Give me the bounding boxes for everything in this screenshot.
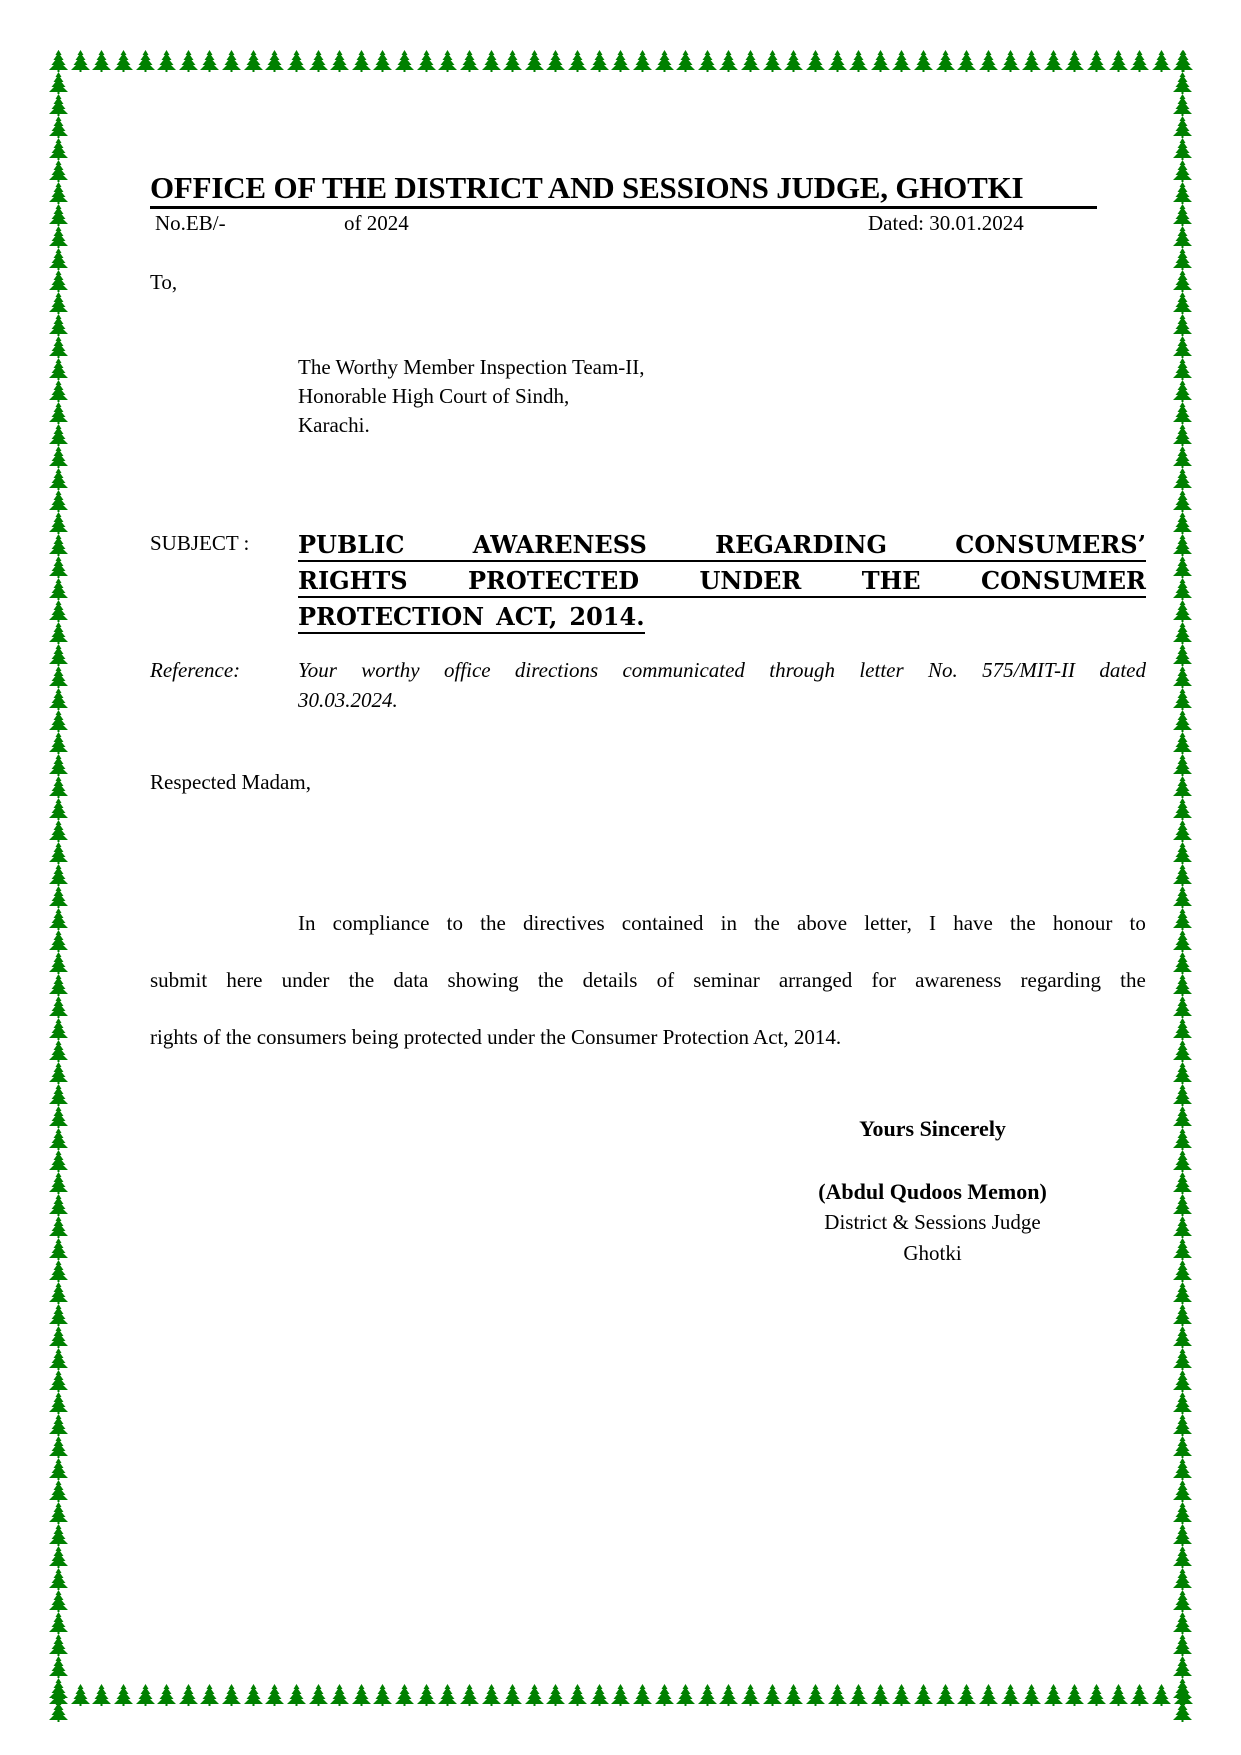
border-right: [1172, 50, 1194, 1706]
pine-tree-icon: [1172, 94, 1194, 116]
pine-tree-icon: [1172, 226, 1194, 248]
pine-tree-icon: [1172, 1084, 1194, 1106]
pine-tree-icon: [1108, 1684, 1129, 1706]
pine-tree-icon: [1129, 50, 1150, 72]
pine-tree-icon: [48, 710, 70, 732]
pine-tree-icon: [1172, 1612, 1194, 1634]
pine-tree-icon: [48, 1678, 70, 1700]
pine-tree-icon: [48, 1568, 70, 1590]
pine-tree-icon: [91, 1684, 112, 1706]
subject-line: PUBLICAWARENESSREGARDINGCONSUMERS’: [298, 526, 1146, 562]
pine-tree-icon: [48, 446, 70, 468]
word: above: [797, 895, 847, 952]
pine-tree-icon: [199, 50, 220, 72]
pine-tree-icon: [48, 1282, 70, 1304]
pine-tree-icon: [1172, 1194, 1194, 1216]
pine-tree-icon: [1172, 270, 1194, 292]
pine-tree-icon: [286, 1684, 307, 1706]
word: submit: [150, 952, 207, 1009]
pine-tree-icon: [70, 50, 91, 72]
pine-tree-icon: [1172, 1700, 1194, 1722]
pine-tree-icon: [48, 402, 70, 424]
pine-tree-icon: [178, 50, 199, 72]
pine-tree-icon: [1172, 1238, 1194, 1260]
pine-tree-icon: [48, 270, 70, 292]
word: contained: [622, 895, 704, 952]
pine-tree-icon: [1064, 50, 1085, 72]
pine-tree-icon: [524, 50, 545, 72]
pine-tree-icon: [48, 732, 70, 754]
pine-tree-icon: [1172, 160, 1194, 182]
pine-tree-icon: [48, 754, 70, 776]
word: worthy: [361, 655, 419, 685]
salutation-to: To,: [150, 268, 177, 297]
word: showing: [448, 952, 519, 1009]
letter-date: Dated: 30.01.2024: [868, 210, 1024, 236]
pine-tree-icon: [1172, 380, 1194, 402]
pine-tree-icon: [48, 512, 70, 534]
pine-tree-icon: [545, 1684, 566, 1706]
pine-tree-icon: [135, 50, 156, 72]
pine-tree-icon: [1172, 1656, 1194, 1678]
addressee-line-1: The Worthy Member Inspection Team-II,: [298, 353, 645, 382]
pine-tree-icon: [1172, 1018, 1194, 1040]
pine-tree-icon: [545, 50, 566, 72]
pine-tree-icon: [870, 1684, 891, 1706]
pine-tree-icon: [48, 1370, 70, 1392]
pine-tree-icon: [718, 50, 739, 72]
pine-tree-icon: [1172, 732, 1194, 754]
pine-tree-icon: [1172, 50, 1194, 72]
word: in: [721, 895, 737, 952]
pine-tree-icon: [48, 50, 70, 72]
pine-tree-icon: [48, 226, 70, 248]
pine-tree-icon: [1172, 1678, 1194, 1700]
signatory-designation: District & Sessions Judge: [780, 1207, 1085, 1237]
pine-tree-icon: [1172, 468, 1194, 490]
subject-label: SUBJECT :: [150, 530, 249, 556]
pine-tree-icon: [1172, 798, 1194, 820]
pine-tree-icon: [675, 1684, 696, 1706]
word: REGARDING: [715, 530, 887, 560]
pine-tree-icon: [1172, 1106, 1194, 1128]
pine-tree-icon: [978, 1684, 999, 1706]
pine-tree-icon: [1172, 138, 1194, 160]
word: dated: [1099, 655, 1146, 685]
pine-tree-icon: [1172, 644, 1194, 666]
pine-tree-icon: [48, 314, 70, 336]
pine-tree-icon: [1086, 1684, 1107, 1706]
pine-tree-icon: [1172, 1634, 1194, 1656]
pine-tree-icon: [1129, 1684, 1150, 1706]
border-top: [48, 50, 1194, 72]
pine-tree-icon: [48, 1502, 70, 1524]
word: under: [282, 952, 330, 1009]
word: In: [298, 895, 316, 952]
pine-tree-icon: [891, 1684, 912, 1706]
pine-tree-icon: [48, 600, 70, 622]
pine-tree-icon: [437, 50, 458, 72]
pine-tree-icon: [1172, 1128, 1194, 1150]
pine-tree-icon: [1172, 1062, 1194, 1084]
pine-tree-icon: [1172, 1436, 1194, 1458]
word: rights of the consumers being protected …: [150, 1025, 841, 1049]
pine-tree-icon: [1172, 336, 1194, 358]
word: the: [1010, 895, 1036, 952]
pine-tree-icon: [1021, 1684, 1042, 1706]
pine-tree-icon: [48, 1546, 70, 1568]
pine-tree-icon: [416, 1684, 437, 1706]
word: the: [754, 895, 780, 952]
word: RIGHTS: [298, 566, 408, 596]
pine-tree-icon: [589, 50, 610, 72]
pine-tree-icon: [1172, 1480, 1194, 1502]
pine-tree-icon: [1172, 952, 1194, 974]
pine-tree-icon: [48, 798, 70, 820]
pine-tree-icon: [978, 50, 999, 72]
pine-tree-icon: [1172, 908, 1194, 930]
pine-tree-icon: [1172, 402, 1194, 424]
pine-tree-icon: [48, 1326, 70, 1348]
word: of: [657, 952, 675, 1009]
pine-tree-icon: [1172, 842, 1194, 864]
pine-tree-icon: [372, 50, 393, 72]
pine-tree-icon: [1000, 1684, 1021, 1706]
pine-tree-icon: [481, 50, 502, 72]
pine-tree-icon: [762, 50, 783, 72]
pine-tree-icon: [48, 1590, 70, 1612]
pine-tree-icon: [372, 1684, 393, 1706]
pine-tree-icon: [48, 688, 70, 710]
pine-tree-icon: [1172, 1590, 1194, 1612]
pine-tree-icon: [935, 50, 956, 72]
pine-tree-icon: [48, 1106, 70, 1128]
pine-tree-icon: [632, 1684, 653, 1706]
pine-tree-icon: [740, 1684, 761, 1706]
pine-tree-icon: [48, 1084, 70, 1106]
pine-tree-icon: [1172, 248, 1194, 270]
subject-line: PROTECTIONACT,2014.: [298, 598, 645, 634]
body-line: Incompliancetothedirectivescontainedinth…: [150, 895, 1146, 952]
word: CONSUMER: [981, 566, 1146, 596]
body-line: rights of the consumers being protected …: [150, 1009, 1146, 1066]
pine-tree-icon: [956, 50, 977, 72]
pine-tree-icon: [48, 1194, 70, 1216]
pine-tree-icon: [48, 622, 70, 644]
pine-tree-icon: [1172, 292, 1194, 314]
pine-tree-icon: [783, 1684, 804, 1706]
word: honour: [1053, 895, 1113, 952]
pine-tree-icon: [1172, 776, 1194, 798]
greeting: Respected Madam,: [150, 768, 311, 797]
pine-tree-icon: [48, 490, 70, 512]
subject-text: PUBLICAWARENESSREGARDINGCONSUMERS’ RIGHT…: [298, 526, 1146, 634]
pine-tree-icon: [1172, 666, 1194, 688]
pine-tree-icon: [1172, 1304, 1194, 1326]
word: CONSUMERS’: [955, 530, 1146, 560]
pine-tree-icon: [48, 1656, 70, 1678]
pine-tree-icon: [48, 1238, 70, 1260]
pine-tree-icon: [524, 1684, 545, 1706]
pine-tree-icon: [1172, 556, 1194, 578]
pine-tree-icon: [48, 776, 70, 798]
word: to: [447, 895, 463, 952]
pine-tree-icon: [351, 50, 372, 72]
pine-tree-icon: [1172, 182, 1194, 204]
pine-tree-icon: [1172, 1458, 1194, 1480]
pine-tree-icon: [48, 1414, 70, 1436]
word: the: [1120, 952, 1146, 1009]
pine-tree-icon: [1021, 50, 1042, 72]
pine-tree-icon: [329, 1684, 350, 1706]
pine-tree-icon: [48, 1348, 70, 1370]
pine-tree-icon: [1172, 930, 1194, 952]
pine-tree-icon: [1172, 72, 1194, 94]
pine-tree-icon: [1064, 1684, 1085, 1706]
word: the: [349, 952, 375, 1009]
pine-tree-icon: [48, 996, 70, 1018]
pine-tree-icon: [48, 204, 70, 226]
pine-tree-icon: [48, 1260, 70, 1282]
pine-tree-icon: [502, 50, 523, 72]
pine-tree-icon: [48, 1304, 70, 1326]
signatory-name: (Abdul Qudoos Memon): [780, 1177, 1085, 1207]
word: through: [769, 655, 835, 685]
word: letter: [859, 655, 903, 685]
body-paragraph: Incompliancetothedirectivescontainedinth…: [150, 895, 1146, 1066]
pine-tree-icon: [48, 1634, 70, 1656]
letter-number: No.EB/-: [155, 210, 226, 236]
pine-tree-icon: [1172, 1568, 1194, 1590]
pine-tree-icon: [1172, 424, 1194, 446]
word: PROTECTED: [468, 566, 639, 596]
pine-tree-icon: [48, 578, 70, 600]
pine-tree-icon: [1172, 1524, 1194, 1546]
word: 2014.: [569, 602, 644, 632]
pine-tree-icon: [113, 1684, 134, 1706]
pine-tree-icon: [264, 1684, 285, 1706]
pine-tree-icon: [1172, 1414, 1194, 1436]
word: the: [538, 952, 564, 1009]
word: here: [226, 952, 262, 1009]
pine-tree-icon: [48, 380, 70, 402]
pine-tree-icon: [48, 1062, 70, 1084]
pine-tree-icon: [48, 1524, 70, 1546]
pine-tree-icon: [459, 1684, 480, 1706]
pine-tree-icon: [48, 886, 70, 908]
pine-tree-icon: [48, 292, 70, 314]
pine-tree-icon: [1151, 1684, 1172, 1706]
pine-tree-icon: [48, 1612, 70, 1634]
word: details: [583, 952, 638, 1009]
pine-tree-icon: [48, 666, 70, 688]
pine-tree-icon: [156, 1684, 177, 1706]
pine-tree-icon: [48, 644, 70, 666]
pine-tree-icon: [48, 182, 70, 204]
pine-tree-icon: [1172, 600, 1194, 622]
pine-tree-icon: [1000, 50, 1021, 72]
pine-tree-icon: [1172, 578, 1194, 600]
word: 30.03.2024.: [298, 688, 398, 712]
pine-tree-icon: [1172, 116, 1194, 138]
pine-tree-icon: [1151, 50, 1172, 72]
pine-tree-icon: [221, 50, 242, 72]
pine-tree-icon: [805, 50, 826, 72]
pine-tree-icon: [913, 50, 934, 72]
pine-tree-icon: [48, 1040, 70, 1062]
pine-tree-icon: [48, 820, 70, 842]
pine-tree-icon: [91, 50, 112, 72]
word: arranged: [779, 952, 852, 1009]
pine-tree-icon: [437, 1684, 458, 1706]
pine-tree-icon: [827, 1684, 848, 1706]
pine-tree-icon: [70, 1684, 91, 1706]
pine-tree-icon: [48, 138, 70, 160]
pine-tree-icon: [718, 1684, 739, 1706]
pine-tree-icon: [1086, 50, 1107, 72]
pine-tree-icon: [48, 1018, 70, 1040]
pine-tree-icon: [308, 50, 329, 72]
pine-tree-icon: [394, 1684, 415, 1706]
word: have: [953, 895, 993, 952]
pine-tree-icon: [243, 1684, 264, 1706]
pine-tree-icon: [1172, 820, 1194, 842]
pine-tree-icon: [1172, 1370, 1194, 1392]
pine-tree-icon: [891, 50, 912, 72]
pine-tree-icon: [1172, 974, 1194, 996]
pine-tree-icon: [1172, 1172, 1194, 1194]
reference-label: Reference:: [150, 655, 240, 685]
pine-tree-icon: [48, 72, 70, 94]
reference-line: 30.03.2024.: [298, 685, 1146, 715]
word: THE: [862, 566, 921, 596]
pine-tree-icon: [135, 1684, 156, 1706]
pine-tree-icon: [675, 50, 696, 72]
word: compliance: [333, 895, 430, 952]
pine-tree-icon: [1172, 1502, 1194, 1524]
pine-tree-icon: [48, 468, 70, 490]
word: AWARENESS: [473, 530, 647, 560]
pine-tree-icon: [48, 358, 70, 380]
pine-tree-icon: [308, 1684, 329, 1706]
pine-tree-icon: [178, 1684, 199, 1706]
word: directives: [523, 895, 605, 952]
addressee-line-2: Honorable High Court of Sindh,: [298, 382, 569, 411]
pine-tree-icon: [48, 1216, 70, 1238]
pine-tree-icon: [632, 50, 653, 72]
pine-tree-icon: [567, 1684, 588, 1706]
border-bottom: [48, 1684, 1194, 1706]
pine-tree-icon: [783, 50, 804, 72]
pine-tree-icon: [1172, 622, 1194, 644]
pine-tree-icon: [654, 50, 675, 72]
pine-tree-icon: [1172, 1546, 1194, 1568]
pine-tree-icon: [481, 1684, 502, 1706]
body-line: submithereunderthedatashowingthedetailso…: [150, 952, 1146, 1009]
pine-tree-icon: [48, 908, 70, 930]
pine-tree-icon: [1172, 512, 1194, 534]
pine-tree-icon: [1172, 314, 1194, 336]
pine-tree-icon: [48, 556, 70, 578]
pine-tree-icon: [48, 930, 70, 952]
pine-tree-icon: [740, 50, 761, 72]
pine-tree-icon: [394, 50, 415, 72]
pine-tree-icon: [848, 50, 869, 72]
pine-tree-icon: [610, 1684, 631, 1706]
signatory-location: Ghotki: [780, 1238, 1085, 1268]
pine-tree-icon: [459, 50, 480, 72]
word: regarding: [1021, 952, 1101, 1009]
pine-tree-icon: [416, 50, 437, 72]
closing: Yours Sincerely: [780, 1114, 1085, 1144]
pine-tree-icon: [762, 1684, 783, 1706]
pine-tree-icon: [48, 94, 70, 116]
word: the: [480, 895, 506, 952]
pine-tree-icon: [610, 50, 631, 72]
pine-tree-icon: [827, 50, 848, 72]
word: PROTECTION: [298, 602, 484, 632]
addressee-line-3: Karachi.: [298, 411, 370, 440]
pine-tree-icon: [848, 1684, 869, 1706]
pine-tree-icon: [48, 1436, 70, 1458]
word: 575/MIT-II: [982, 655, 1075, 685]
pine-tree-icon: [956, 1684, 977, 1706]
pine-tree-icon: [156, 50, 177, 72]
pine-tree-icon: [351, 1684, 372, 1706]
word: office: [444, 655, 491, 685]
pine-tree-icon: [1043, 50, 1064, 72]
pine-tree-icon: [1172, 886, 1194, 908]
word: No.: [928, 655, 958, 685]
pine-tree-icon: [264, 50, 285, 72]
pine-tree-icon: [113, 50, 134, 72]
pine-tree-icon: [697, 50, 718, 72]
pine-tree-icon: [1172, 1392, 1194, 1414]
pine-tree-icon: [243, 50, 264, 72]
pine-tree-icon: [48, 424, 70, 446]
word: for: [871, 952, 896, 1009]
word: data: [393, 952, 428, 1009]
pine-tree-icon: [48, 534, 70, 556]
word: to: [1130, 895, 1146, 952]
pine-tree-icon: [1172, 358, 1194, 380]
reference-line: Yourworthyofficedirectionscommunicatedth…: [298, 655, 1146, 685]
letterhead-title: OFFICE OF THE DISTRICT AND SESSIONS JUDG…: [150, 170, 1097, 209]
word: ACT,: [496, 602, 557, 632]
word: awareness: [915, 952, 1001, 1009]
pine-tree-icon: [221, 1684, 242, 1706]
word: UNDER: [699, 566, 801, 596]
word: communicated: [622, 655, 744, 685]
pine-tree-icon: [1172, 754, 1194, 776]
pine-tree-icon: [1172, 864, 1194, 886]
pine-tree-icon: [286, 50, 307, 72]
pine-tree-icon: [1172, 996, 1194, 1018]
border-left: [48, 50, 70, 1706]
word: directions: [515, 655, 598, 685]
pine-tree-icon: [48, 864, 70, 886]
pine-tree-icon: [589, 1684, 610, 1706]
pine-tree-icon: [567, 50, 588, 72]
pine-tree-icon: [1172, 1326, 1194, 1348]
word: seminar: [693, 952, 759, 1009]
pine-tree-icon: [654, 1684, 675, 1706]
word: PUBLIC: [298, 530, 404, 560]
pine-tree-icon: [1172, 534, 1194, 556]
pine-tree-icon: [48, 116, 70, 138]
pine-tree-icon: [1172, 1150, 1194, 1172]
word: Your: [298, 655, 337, 685]
